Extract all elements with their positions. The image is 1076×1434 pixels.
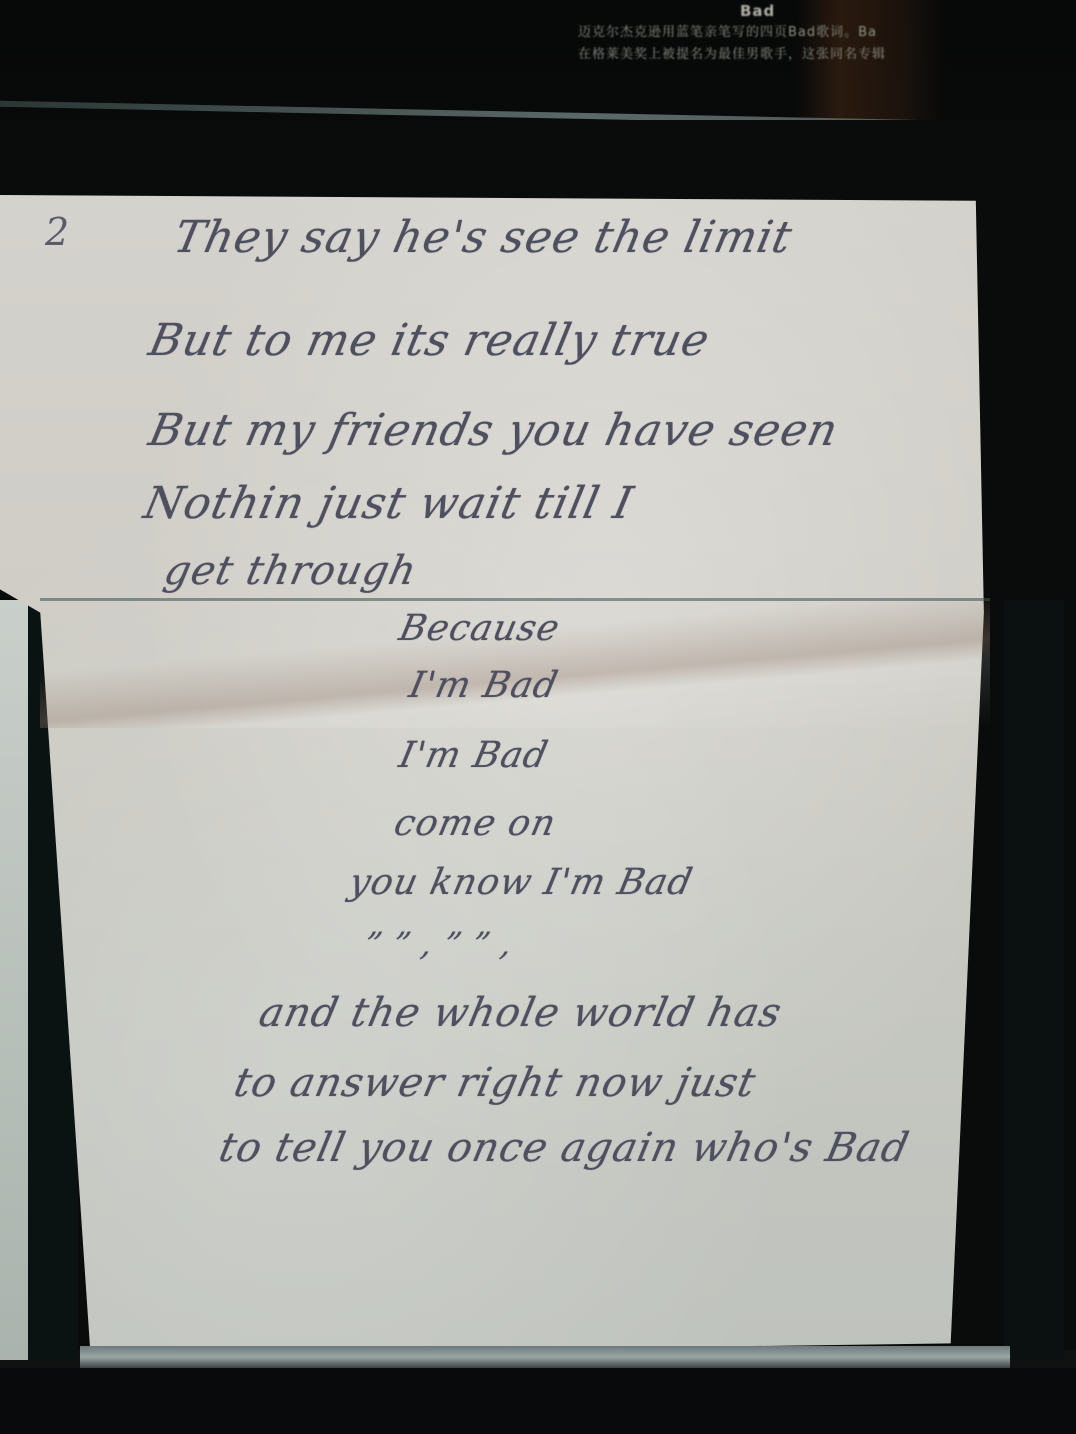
lyric-line: to tell you once again who's Bad	[215, 1125, 913, 1171]
adjacent-sheet-left	[0, 600, 28, 1360]
lyric-line: to answer right now just	[230, 1060, 760, 1106]
placard-title: Bad	[560, 0, 1076, 22]
lyric-line: get through	[160, 548, 421, 594]
lyric-line: I'm Bad	[396, 735, 552, 776]
case-frame-right	[1004, 600, 1064, 1360]
lyric-line: But to me its really true	[145, 315, 715, 366]
case-bottom-ledge	[80, 1346, 1010, 1368]
lyric-line: They say he's see the limit	[170, 212, 797, 263]
museum-placard: Bad 迈克尔杰克逊用蓝笔亲笔写的四页Bad歌词。Ba 在格莱美奖上被提名为最佳…	[560, 0, 1076, 110]
ditto-marks: ” ” , ” ” ,	[361, 925, 517, 963]
lyric-line: I'm Bad	[406, 665, 562, 706]
page-number: 2	[45, 210, 69, 254]
lyric-line: and the whole world has	[255, 990, 786, 1036]
case-base	[0, 1368, 1076, 1434]
lyric-line: Nothin just wait till I	[140, 478, 638, 529]
lyric-line: you know I'm Bad	[346, 862, 697, 903]
placard-line: 在格莱美奖上被提名为最佳男歌手，这张同名专辑	[560, 44, 1076, 66]
lyric-line: Because	[396, 608, 564, 649]
lyric-line: But my friends you have seen	[145, 405, 843, 456]
glass-cover-edge	[40, 598, 990, 601]
placard-line: 迈克尔杰克逊用蓝笔亲笔写的四页Bad歌词。Ba	[560, 22, 1076, 44]
lyric-line: come on	[391, 803, 560, 844]
